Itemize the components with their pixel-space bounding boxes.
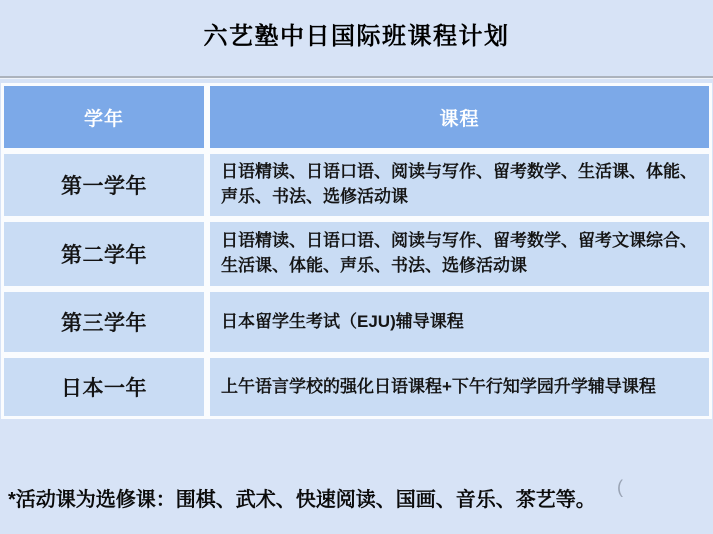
table-row-4-year: 日本一年 <box>4 358 204 416</box>
column-header-year: 学年 <box>4 86 204 148</box>
page-title: 六艺塾中日国际班课程计划 <box>0 16 713 51</box>
table-row-3-year: 第三学年 <box>4 292 204 352</box>
stray-paren-mark: ( <box>617 477 623 498</box>
slide-canvas: 六艺塾中日国际班课程计划 学年 课程 第一学年 日语精读、日语口语、阅读与写作、… <box>0 0 713 534</box>
table-row-2-year: 第二学年 <box>4 222 204 286</box>
column-header-courses: 课程 <box>210 86 709 148</box>
table-row-1-year: 第一学年 <box>4 154 204 216</box>
table-row-1-courses: 日语精读、日语口语、阅读与写作、留考数学、生活课、体能、声乐、书法、选修活动课 <box>210 154 709 216</box>
course-plan-table: 学年 课程 第一学年 日语精读、日语口语、阅读与写作、留考数学、生活课、体能、声… <box>1 83 712 419</box>
table-row-2-courses: 日语精读、日语口语、阅读与写作、留考数学、留考文课综合、生活课、体能、声乐、书法… <box>210 222 709 286</box>
title-divider-line <box>0 76 713 79</box>
footnote-text: *活动课为选修课：围棋、武术、快速阅读、国画、音乐、茶艺等。 <box>8 483 596 512</box>
table-row-3-courses: 日本留学生考试（EJU)辅导课程 <box>210 292 709 352</box>
table-row-4-courses: 上午语言学校的强化日语课程+下午行知学园升学辅导课程 <box>210 358 709 416</box>
